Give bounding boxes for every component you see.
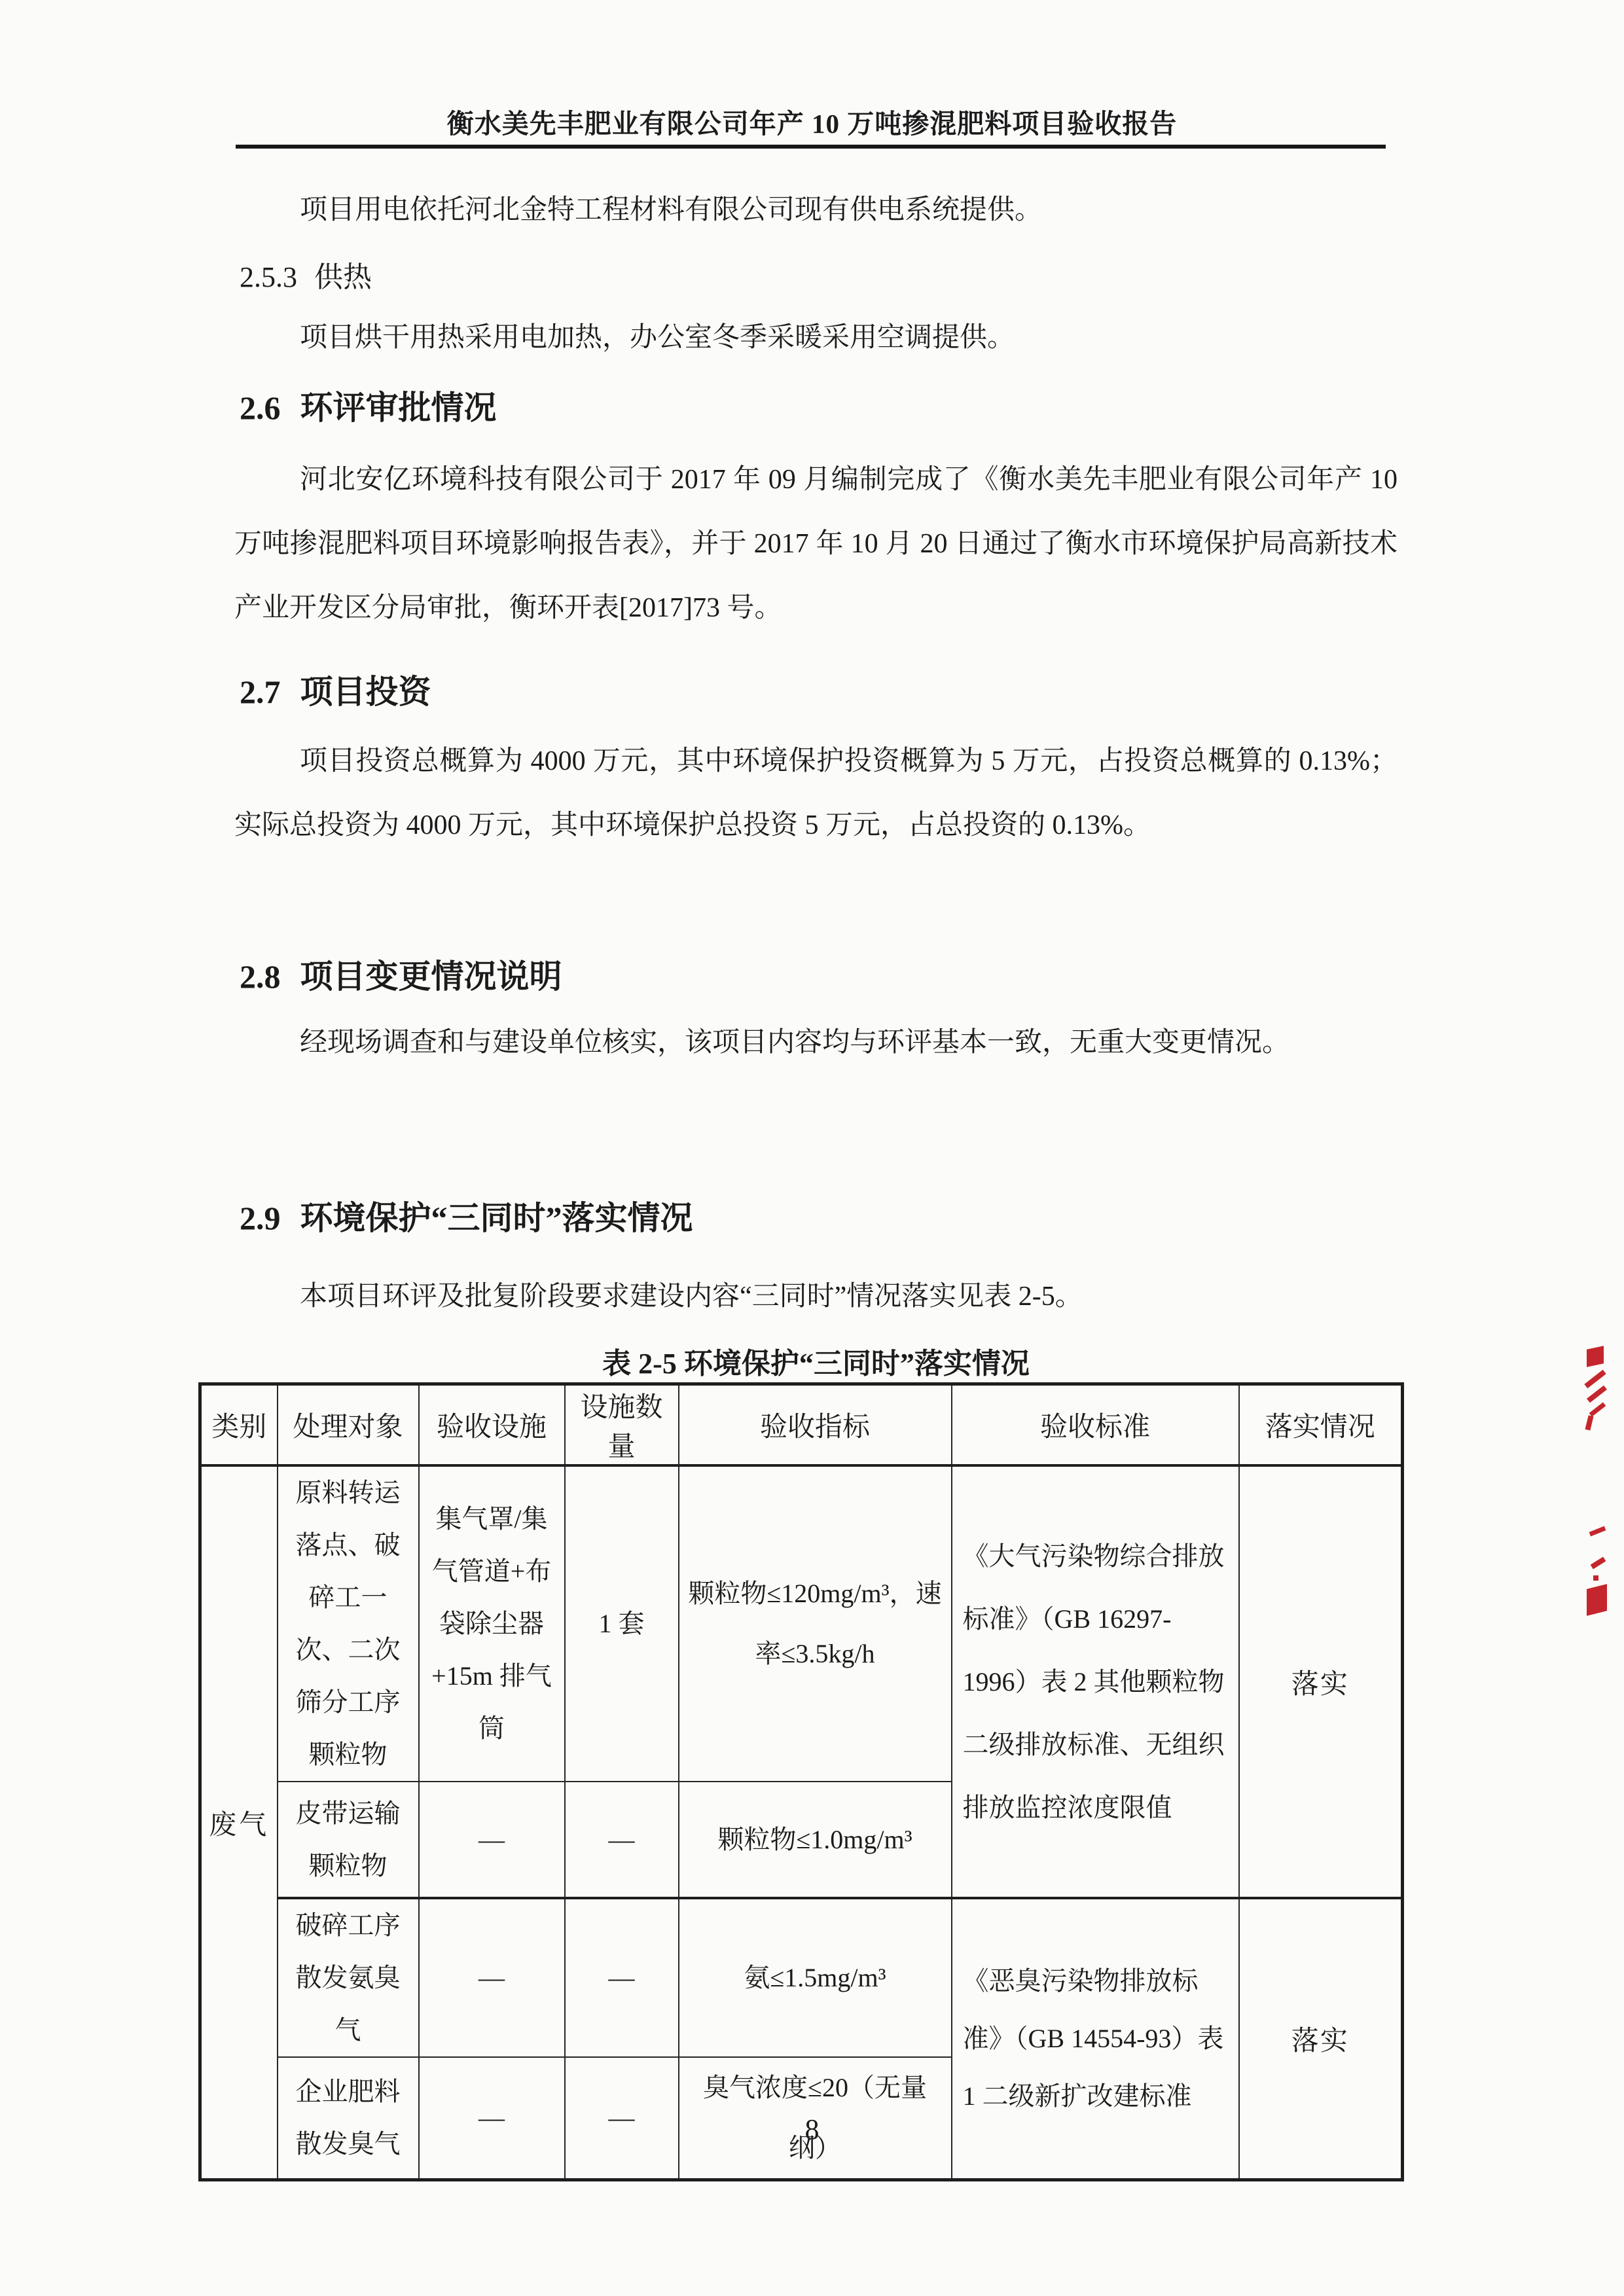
col-header-target: 处理对象	[278, 1384, 419, 1466]
red-stamp-mark	[1589, 1402, 1606, 1416]
cell-target-row3: 破碎工序散发氨臭气	[278, 1898, 419, 2057]
paragraph-heating: 项目烘干用热采用电加热，办公室冬季采暖采用空调提供。	[234, 306, 1398, 370]
cell-count-row3: —	[565, 1898, 679, 2057]
red-stamp-mark	[1593, 1575, 1598, 1581]
cell-facility-row3: —	[419, 1898, 565, 2057]
col-header-facility: 验收设施	[419, 1384, 565, 1466]
cell-facility-row1: 集气罩/集气管道+布袋除尘器+15m 排气筒	[419, 1465, 565, 1782]
section-number: 2.7	[240, 673, 281, 710]
col-header-indicator: 验收指标	[679, 1384, 952, 1466]
cell-category-waste-gas: 废气	[200, 1465, 278, 2180]
red-stamp-mark	[1589, 1526, 1606, 1537]
paragraph-investment: 项目投资总概算为 4000 万元，其中环境保护投资概算为 5 万元，占投资总概算…	[234, 729, 1398, 857]
cell-indicator-row1: 颗粒物≤120mg/m³，速率≤3.5kg/h	[679, 1465, 952, 1782]
paragraph-eia-approval: 河北安亿环境科技有限公司于 2017 年 09 月编制完成了《衡水美先丰肥业有限…	[234, 448, 1398, 640]
col-header-status: 落实情况	[1239, 1384, 1403, 1466]
col-header-standard: 验收标准	[952, 1384, 1239, 1466]
paragraph-power-supply: 项目用电依托河北金特工程材料有限公司现有供电系统提供。	[234, 178, 1398, 242]
three-simultaneous-table: 类别 处理对象 验收设施 设施数量 验收指标 验收标准 落实情况 废气 原料转运…	[198, 1382, 1404, 2181]
section-heading-2-8: 2.8项目变更情况说明	[240, 956, 562, 997]
section-title: 环评审批情况	[300, 389, 497, 426]
red-stamp-mark	[1585, 1415, 1593, 1430]
cell-indicator-row3: 氨≤1.5mg/m³	[679, 1898, 952, 2057]
section-number: 2.9	[240, 1200, 281, 1236]
paragraph-three-simultaneous: 本项目环评及批复阶段要求建设内容“三同时”情况落实见表 2-5。	[234, 1265, 1398, 1329]
section-number: 2.8	[240, 958, 281, 995]
table-row: 废气 原料转运落点、破碎工一次、二次筛分工序颗粒物 集气罩/集气管道+布袋除尘器…	[200, 1465, 1403, 1782]
cell-target-row1: 原料转运落点、破碎工一次、二次筛分工序颗粒物	[278, 1465, 419, 1782]
paragraph-change-note: 经现场调查和与建设单位核实，该项目内容均与环评基本一致，无重大变更情况。	[234, 1011, 1398, 1075]
red-stamp-mark	[1591, 1557, 1606, 1570]
cell-status-rows1-2: 落实	[1239, 1465, 1403, 1898]
page-number: 8	[0, 2113, 1624, 2146]
red-stamp-mark	[1587, 1386, 1607, 1403]
table-header-row: 类别 处理对象 验收设施 设施数量 验收指标 验收标准 落实情况	[200, 1384, 1403, 1466]
section-title: 供热	[314, 261, 372, 293]
section-heading-2-9: 2.9环境保护“三同时”落实情况	[240, 1197, 693, 1239]
red-stamp-mark	[1587, 1346, 1604, 1367]
cell-count-row2: —	[565, 1782, 679, 1898]
section-heading-2-5-3: 2.5.3供热	[240, 258, 372, 297]
cell-indicator-row2: 颗粒物≤1.0mg/m³	[679, 1782, 952, 1898]
section-title: 环境保护“三同时”落实情况	[300, 1200, 693, 1236]
section-heading-2-6: 2.6环评审批情况	[240, 387, 497, 429]
section-title: 项目变更情况说明	[300, 958, 562, 995]
section-number: 2.5.3	[240, 261, 297, 293]
cell-standard-rows1-2: 《大气污染物综合排放标准》（GB 16297-1996）表 2 其他颗粒物二级排…	[952, 1465, 1239, 1898]
section-number: 2.6	[240, 389, 281, 426]
section-title: 项目投资	[300, 673, 431, 710]
red-stamp-mark	[1587, 1584, 1607, 1616]
col-header-count: 设施数量	[565, 1384, 679, 1466]
cell-facility-row2: —	[419, 1782, 565, 1898]
table-row: 破碎工序散发氨臭气 — — 氨≤1.5mg/m³ 《恶臭污染物排放标准》（GB …	[200, 1898, 1403, 2057]
document-page: 衡水美先丰肥业有限公司年产 10 万吨掺混肥料项目验收报告 项目用电依托河北金特…	[0, 0, 1624, 2296]
section-heading-2-7: 2.7项目投资	[240, 671, 431, 713]
cell-target-row2: 皮带运输颗粒物	[278, 1782, 419, 1898]
cell-count-row1: 1 套	[565, 1465, 679, 1782]
col-header-category: 类别	[200, 1384, 278, 1466]
table-caption: 表 2-5 环境保护“三同时”落实情况	[234, 1346, 1398, 1382]
